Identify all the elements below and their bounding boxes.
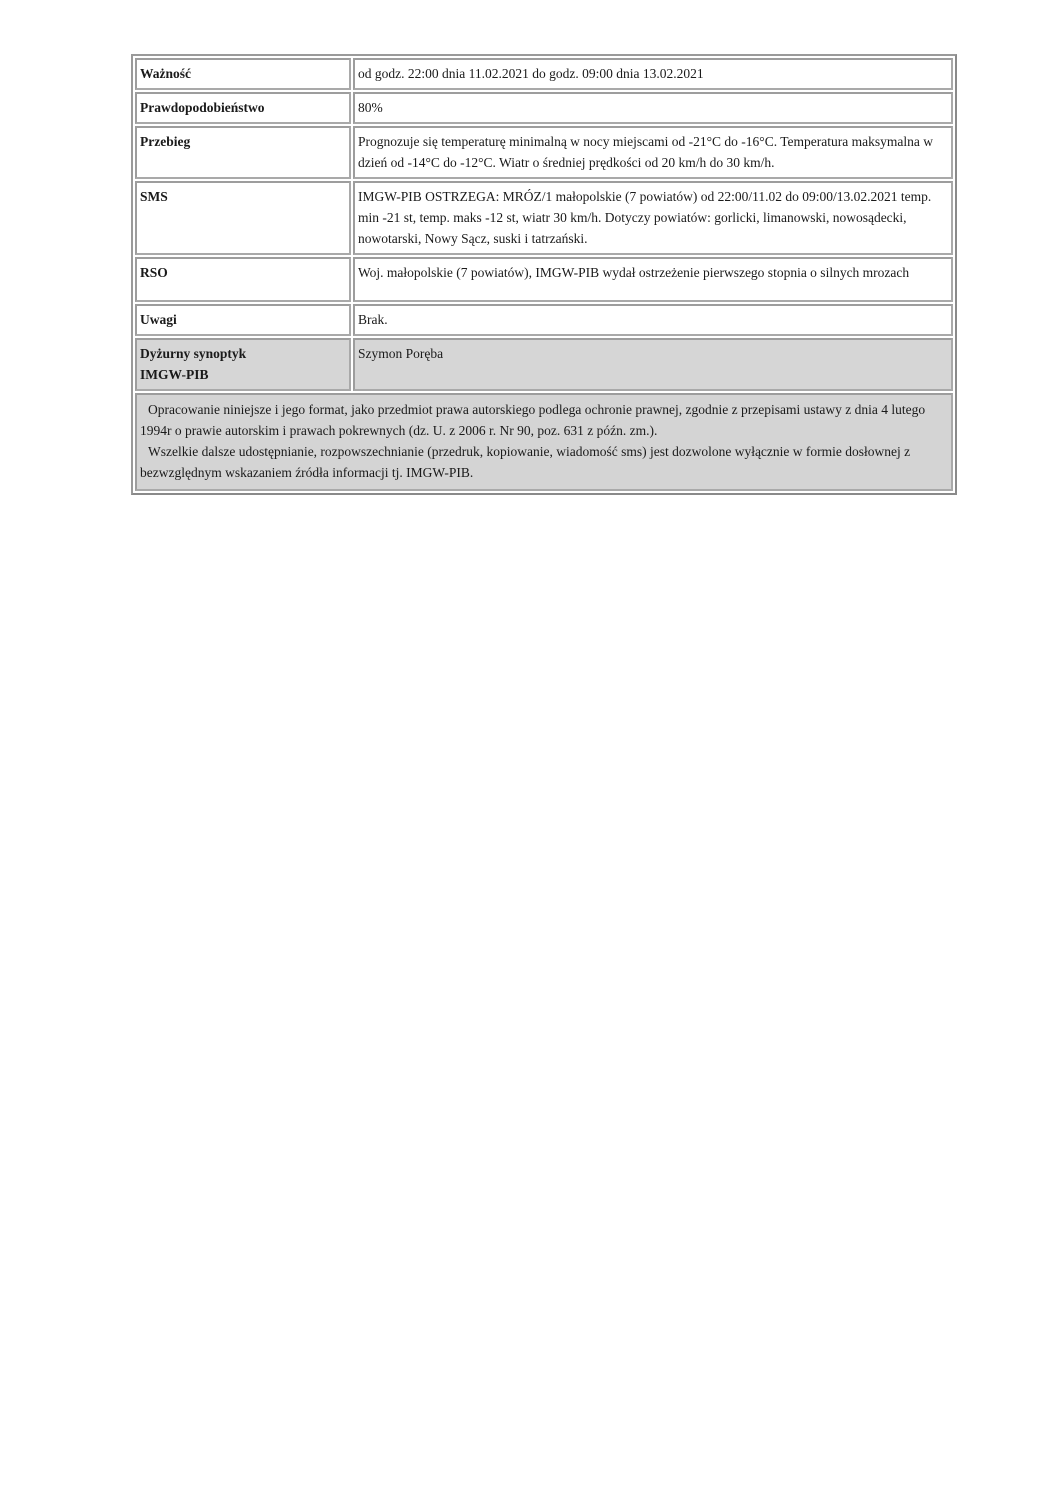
sms-value: IMGW-PIB OSTRZEGA: MRÓZ/1 małopolskie (7… bbox=[353, 181, 953, 255]
row-rso: RSO Woj. małopolskie (7 powiatów), IMGW-… bbox=[135, 257, 953, 302]
remarks-value: Brak. bbox=[353, 304, 953, 336]
forecaster-name: Szymon Poręba bbox=[353, 338, 953, 391]
row-forecaster: Dyżurny synoptyk IMGW-PIB Szymon Poręba bbox=[135, 338, 953, 391]
warning-table: Ważność od godz. 22:00 dnia 11.02.2021 d… bbox=[131, 54, 957, 495]
row-course: Przebieg Prognozuje się temperaturę mini… bbox=[135, 126, 953, 179]
forecaster-label: Dyżurny synoptyk IMGW-PIB bbox=[135, 338, 351, 391]
remarks-label: Uwagi bbox=[135, 304, 351, 336]
distribution-paragraph: Wszelkie dalsze udostępnianie, rozpowsze… bbox=[140, 441, 948, 483]
row-validity: Ważność od godz. 22:00 dnia 11.02.2021 d… bbox=[135, 58, 953, 90]
forecaster-label-line1: Dyżurny synoptyk bbox=[140, 343, 346, 364]
rso-label: RSO bbox=[135, 257, 351, 302]
row-remarks: Uwagi Brak. bbox=[135, 304, 953, 336]
row-probability: Prawdopodobieństwo 80% bbox=[135, 92, 953, 124]
course-label: Przebieg bbox=[135, 126, 351, 179]
row-sms: SMS IMGW-PIB OSTRZEGA: MRÓZ/1 małopolski… bbox=[135, 181, 953, 255]
sms-label: SMS bbox=[135, 181, 351, 255]
forecaster-label-line2: IMGW-PIB bbox=[140, 364, 346, 385]
rso-value: Woj. małopolskie (7 powiatów), IMGW-PIB … bbox=[353, 257, 953, 302]
copyright-notice: Opracowanie niniejsze i jego format, jak… bbox=[135, 393, 953, 491]
probability-label: Prawdopodobieństwo bbox=[135, 92, 351, 124]
probability-value: 80% bbox=[353, 92, 953, 124]
course-value: Prognozuje się temperaturę minimalną w n… bbox=[353, 126, 953, 179]
copyright-paragraph: Opracowanie niniejsze i jego format, jak… bbox=[140, 399, 948, 441]
validity-label: Ważność bbox=[135, 58, 351, 90]
row-copyright-footer: Opracowanie niniejsze i jego format, jak… bbox=[135, 393, 953, 491]
validity-value: od godz. 22:00 dnia 11.02.2021 do godz. … bbox=[353, 58, 953, 90]
